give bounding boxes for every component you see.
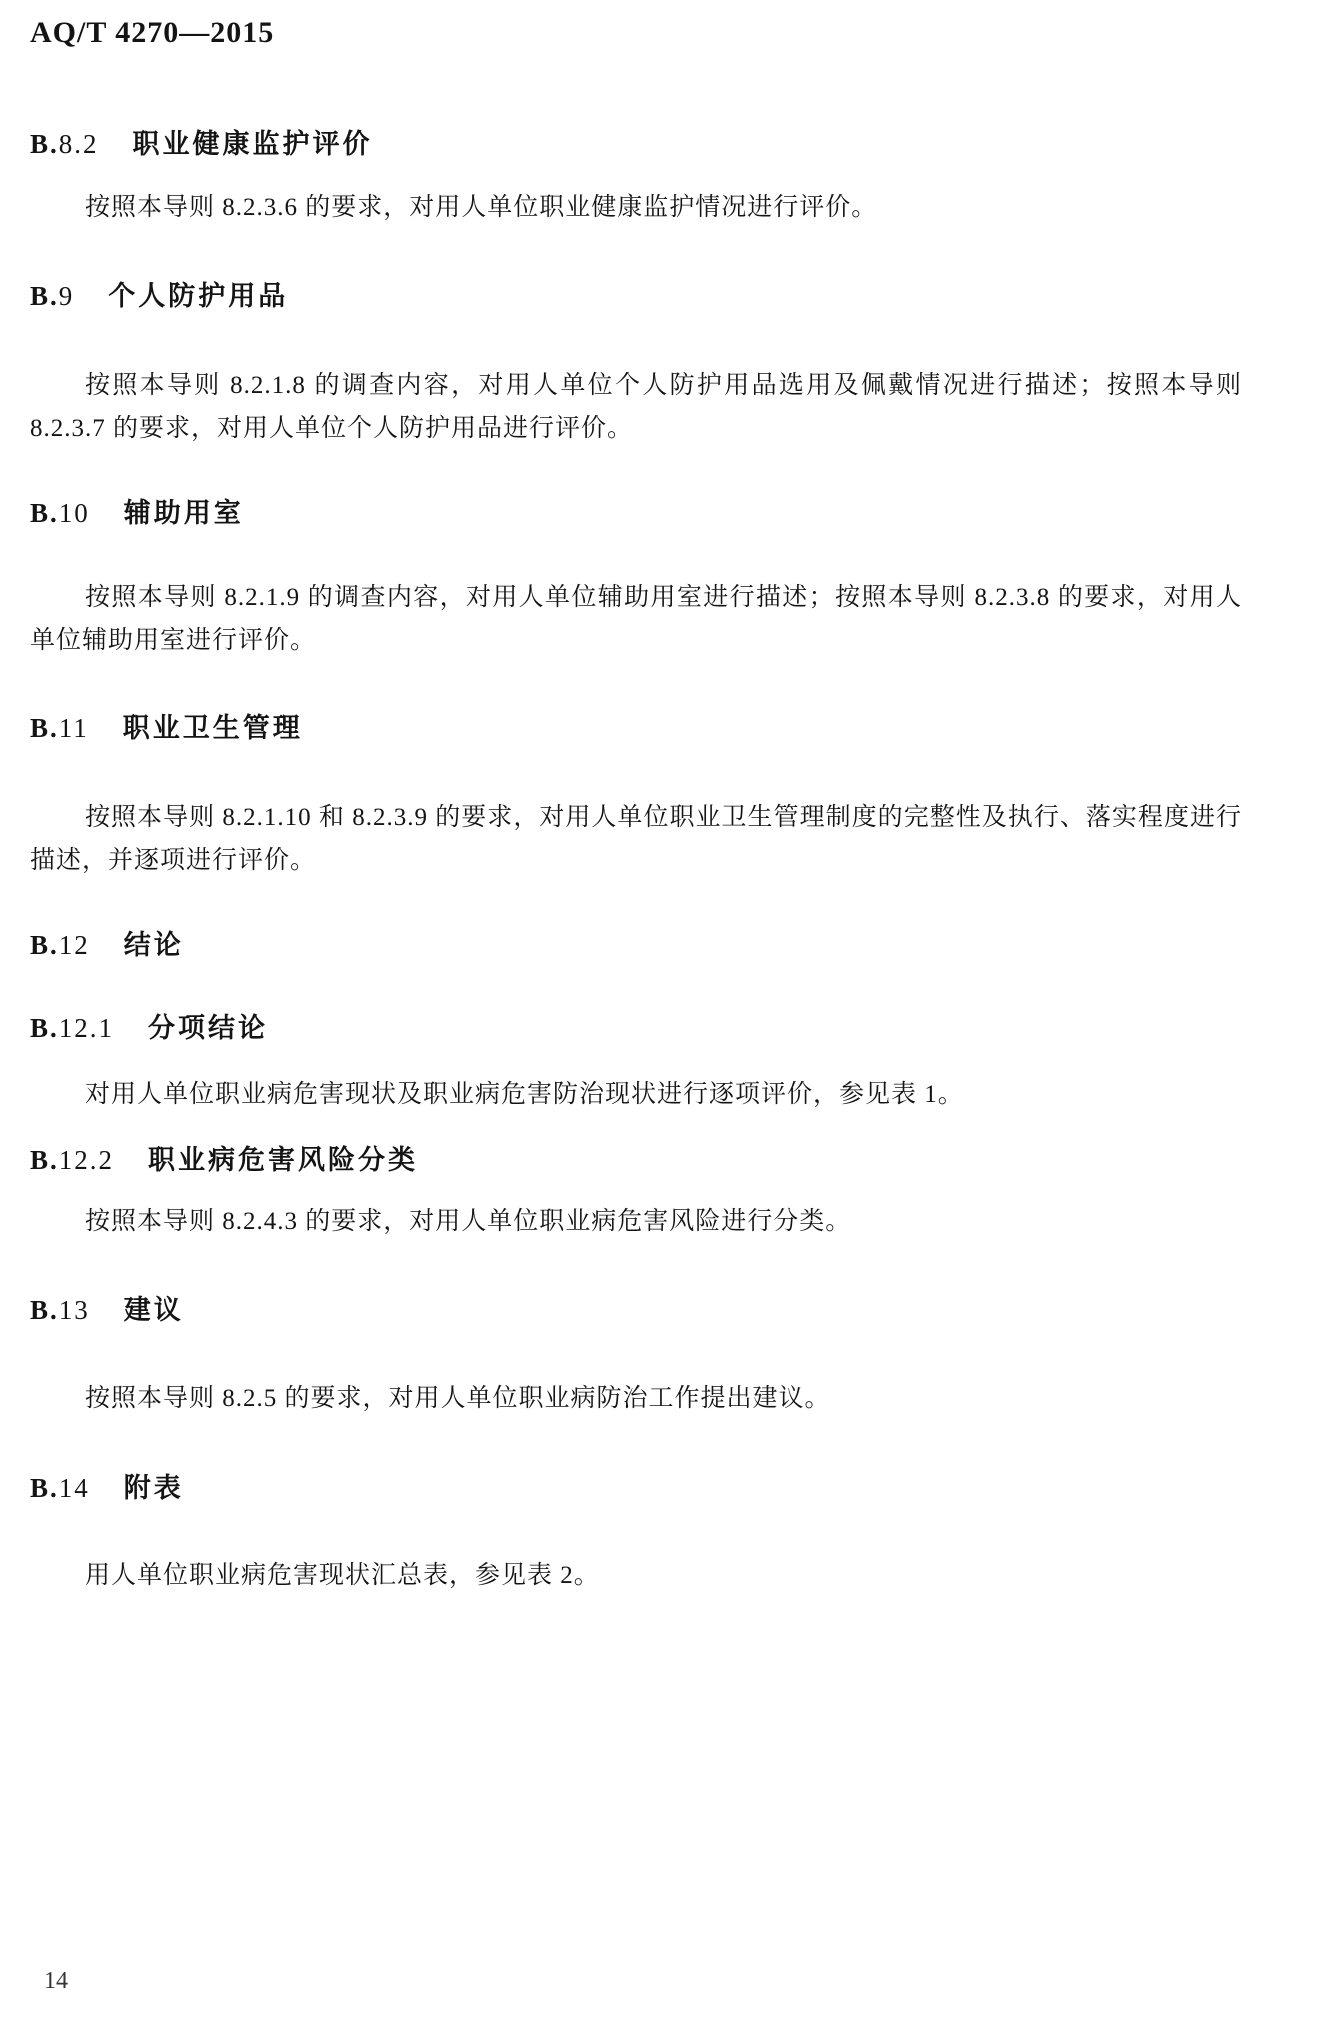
section-heading-b121: B.12.1分项结论 bbox=[30, 1012, 1270, 1049]
section-paragraph-b82: 按照本导则 8.2.3.6 的要求，对用人单位职业健康监护情况进行评价。 bbox=[30, 186, 1242, 229]
section-title: 个人防护用品 bbox=[108, 280, 288, 312]
section-heading-b14: B.14附表 bbox=[30, 1472, 1270, 1509]
section-paragraph-b121: 对用人单位职业病危害现状及职业病危害防治现状进行逐项评价，参见表 1。 bbox=[30, 1073, 1242, 1116]
standard-code-header: AQ/T 4270—2015 bbox=[30, 16, 274, 50]
section-heading-b10: B.10辅助用室 bbox=[30, 497, 1270, 534]
section-heading-b9: B.9个人防护用品 bbox=[30, 280, 1270, 317]
section-paragraph-b11: 按照本导则 8.2.1.10 和 8.2.3.9 的要求，对用人单位职业卫生管理… bbox=[30, 796, 1242, 882]
section-number: B.13 bbox=[30, 1294, 90, 1326]
document-page: AQ/T 4270—2015 B.8.2职业健康监护评价 按照本导则 8.2.3… bbox=[0, 0, 1336, 2039]
section-number: B.11 bbox=[30, 712, 89, 744]
section-paragraph-b122: 按照本导则 8.2.4.3 的要求，对用人单位职业病危害风险进行分类。 bbox=[30, 1200, 1242, 1243]
section-heading-b122: B.12.2职业病危害风险分类 bbox=[30, 1144, 1270, 1181]
section-heading-b11: B.11职业卫生管理 bbox=[30, 712, 1270, 749]
section-number: B.12.1 bbox=[30, 1012, 114, 1044]
page-number: 14 bbox=[44, 1968, 68, 1995]
section-paragraph-b10: 按照本导则 8.2.1.9 的调查内容，对用人单位辅助用室进行描述；按照本导则 … bbox=[30, 576, 1242, 662]
section-title: 建议 bbox=[124, 1294, 184, 1326]
section-number: B.8.2 bbox=[30, 128, 99, 160]
section-title: 辅助用室 bbox=[124, 497, 244, 529]
section-heading-b12: B.12结论 bbox=[30, 929, 1270, 966]
section-number: B.10 bbox=[30, 497, 90, 529]
section-number: B.9 bbox=[30, 280, 74, 312]
section-number: B.12 bbox=[30, 929, 90, 961]
section-title: 职业卫生管理 bbox=[123, 712, 303, 744]
section-title: 结论 bbox=[124, 929, 184, 961]
section-title: 职业健康监护评价 bbox=[133, 128, 373, 160]
section-title: 职业病危害风险分类 bbox=[148, 1144, 418, 1176]
section-number: B.12.2 bbox=[30, 1144, 114, 1176]
section-number: B.14 bbox=[30, 1472, 90, 1504]
section-paragraph-b9: 按照本导则 8.2.1.8 的调查内容，对用人单位个人防护用品选用及佩戴情况进行… bbox=[30, 364, 1242, 450]
section-heading-b82: B.8.2职业健康监护评价 bbox=[30, 128, 1270, 165]
section-paragraph-b14: 用人单位职业病危害现状汇总表，参见表 2。 bbox=[30, 1554, 1242, 1597]
section-paragraph-b13: 按照本导则 8.2.5 的要求，对用人单位职业病防治工作提出建议。 bbox=[30, 1377, 1242, 1420]
section-title: 分项结论 bbox=[148, 1012, 268, 1044]
section-heading-b13: B.13建议 bbox=[30, 1294, 1270, 1331]
section-title: 附表 bbox=[124, 1472, 184, 1504]
